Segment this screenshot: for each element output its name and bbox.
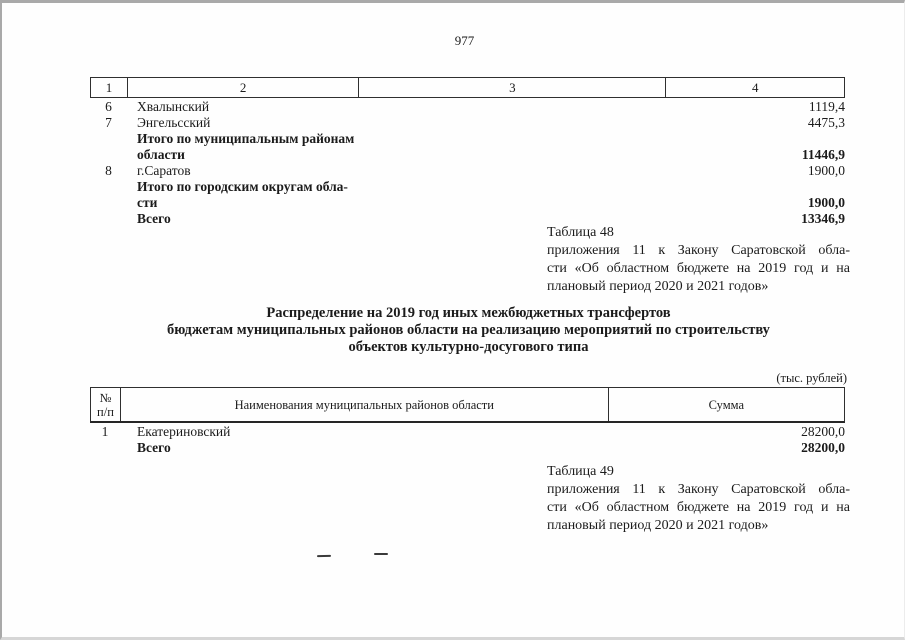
district-name: г.Саратов [127, 163, 667, 179]
scan-artifact-dash [317, 555, 331, 557]
section-title-line: бюджетам муниципальных районов области н… [90, 322, 847, 339]
district-name: Энгельсский [127, 115, 667, 131]
section-title-line: Распределение на 2019 год иных межбюджет… [90, 305, 847, 322]
row-amount: 28200,0 [609, 424, 845, 440]
table-row: 8 г.Саратов 1900,0 [90, 163, 845, 179]
table1-colnum-4: 4 [666, 78, 844, 97]
section-title-line: объектов культурно-досугового типа [90, 339, 847, 356]
subtotal-label: Итого по городским округам обла- сти [127, 179, 667, 211]
appendix-reference-line: плановый период 2020 и 2021 годов» [547, 517, 850, 535]
table-caption: Таблица 48 [547, 224, 850, 242]
table-caption: Таблица 49 [547, 463, 850, 481]
appendix-reference-line: плановый период 2020 и 2021 годов» [547, 278, 850, 296]
table2-header-name: Наименования муниципальных районов облас… [121, 388, 609, 421]
row-number: 8 [90, 163, 127, 179]
row-number: 6 [90, 99, 127, 115]
appendix-note-table48: Таблица 48 приложения 11 к Закону Сарато… [547, 224, 850, 296]
table1-colnum-3: 3 [359, 78, 666, 97]
transfers-table: № п/п Наименования муниципальных районов… [90, 387, 845, 456]
budget-table-continued: 1 2 3 4 6 Хвалынский 1119,4 7 Энгельсски… [90, 77, 845, 227]
appendix-note-table49: Таблица 49 приложения 11 к Закону Сарато… [547, 463, 850, 535]
table-row-total: Всего 28200,0 [90, 440, 845, 456]
table2-body: 1 Екатериновский 28200,0 Всего 28200,0 [90, 423, 845, 456]
subtotal-amount: 1900,0 [667, 195, 845, 211]
row-number: 7 [90, 115, 127, 131]
row-amount: 1900,0 [667, 163, 845, 179]
table-row: 6 Хвалынский 1119,4 [90, 99, 845, 115]
table1-colnum-1: 1 [91, 78, 128, 97]
page-number: 977 [22, 33, 905, 49]
row-amount: 1119,4 [667, 99, 845, 115]
appendix-reference-line: приложения 11 к Закону Саратовской обла- [547, 481, 850, 499]
scanned-document-page: 977 1 2 3 4 6 Хвалынский 1119,4 7 Энгель… [0, 0, 905, 640]
appendix-reference-line: сти «Об областном бюджете на 2019 год и … [547, 260, 850, 278]
table2-header-num: № п/п [91, 388, 121, 421]
subtotal-label: Итого по муниципальным районам области [127, 131, 667, 163]
appendix-reference-line: сти «Об областном бюджете на 2019 год и … [547, 499, 850, 517]
total-amount: 28200,0 [609, 440, 845, 456]
district-name: Хвалынский [127, 99, 667, 115]
table-row-subtotal: Итого по муниципальным районам области 1… [90, 131, 845, 163]
table1-body: 6 Хвалынский 1119,4 7 Энгельсский 4475,3… [90, 98, 845, 227]
scan-artifact-dash [374, 553, 388, 555]
district-name: Екатериновский [120, 424, 609, 440]
appendix-reference-line: приложения 11 к Закону Саратовской обла- [547, 242, 850, 260]
units-note: (тыс. рублей) [90, 371, 847, 386]
table-row: 7 Энгельсский 4475,3 [90, 115, 845, 131]
table-row: 1 Екатериновский 28200,0 [90, 424, 845, 440]
table2-header-row: № п/п Наименования муниципальных районов… [90, 387, 845, 423]
table1-colnum-2: 2 [128, 78, 359, 97]
row-amount: 4475,3 [667, 115, 845, 131]
table1-column-number-header-row: 1 2 3 4 [90, 77, 845, 98]
row-number: 1 [90, 424, 120, 440]
table-row-subtotal: Итого по городским округам обла- сти 190… [90, 179, 845, 211]
total-label: Всего [120, 440, 609, 456]
subtotal-amount: 11446,9 [667, 147, 845, 163]
table2-header-sum: Сумма [609, 388, 844, 421]
section-title: Распределение на 2019 год иных межбюджет… [90, 305, 847, 356]
